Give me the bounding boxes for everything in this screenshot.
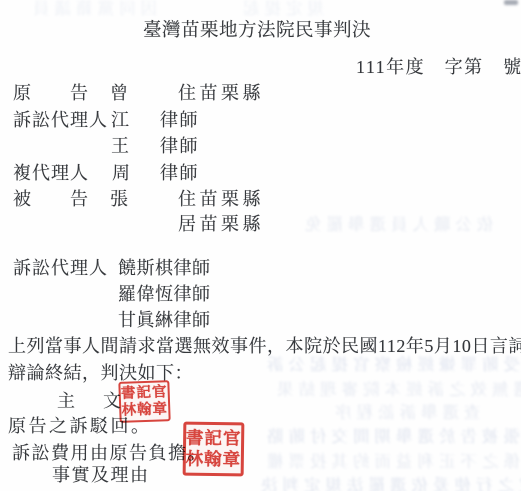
party-name: 王 — [111, 136, 130, 156]
seal-title: 書記官 — [121, 385, 168, 401]
scanned-judgment-page: 因同黨籍議員 規定提起 依公職人員選舉罷免 投票受賄罪嫌經檢察官提起公訴 當選無… — [0, 0, 521, 491]
party-name: 饒斯棋律師 — [118, 258, 211, 278]
party-note: 律師 — [160, 136, 199, 156]
party-label: 被 告 — [13, 189, 89, 209]
party-name: 曾 — [110, 83, 129, 103]
party-note: 住苗栗縣 — [178, 189, 264, 209]
seal-name: 林翰章 — [185, 450, 241, 468]
court-title: 臺灣苗栗地方法院民事判決 — [143, 21, 371, 41]
party-name: 羅偉恆律師 — [118, 284, 211, 304]
seal-title: 書記官 — [186, 430, 242, 448]
party-note: 律師 — [160, 110, 199, 130]
clerk-seal: 書記官 林翰章 — [118, 380, 170, 423]
main-text-heading: 主 文 — [57, 391, 126, 411]
party-label: 訴訟代理人 — [13, 258, 108, 278]
seal-name: 林翰章 — [121, 402, 168, 418]
bleedthrough-artifact: 查選舉訴訟程序 — [330, 405, 481, 422]
party-name: 甘眞綝律師 — [118, 310, 211, 330]
party-label: 原 告 — [13, 83, 89, 103]
bleedthrough-artifact: 依公職人員選舉罷免 — [300, 217, 494, 234]
bleedthrough-artifact: 規定提起 — [238, 1, 324, 18]
facts-heading: 事實及理由 — [52, 465, 150, 485]
clerk-seal: 書記官 林翰章 — [183, 422, 245, 477]
party-label: 訴訟代理人 — [13, 110, 108, 130]
party-name: 張 — [110, 189, 129, 209]
bleedthrough-artifact: 當選無效之訴經本院審理結果 — [272, 382, 521, 399]
case-number-line: 111年度 字第 號 — [356, 57, 521, 77]
bleedthrough-artifact: 原告主張被告於選舉期間交付賄賂 — [262, 429, 521, 446]
bleedthrough-artifact: 為一定之行使爰依選罷法規定判決 — [256, 478, 521, 491]
party-name: 周 — [112, 163, 131, 183]
party-note: 居苗栗縣 — [178, 214, 264, 234]
bleedthrough-artifact: 有對價關係之不正利益而約其投票權 — [262, 454, 521, 471]
party-note: 住苗栗縣 — [178, 83, 264, 103]
preamble-line-1: 上列當事人間請求當選無效事件，本院於民國112年5月10日言詞 — [8, 336, 521, 356]
party-label: 複代理人 — [13, 163, 89, 183]
scan-smudge — [504, 0, 518, 5]
party-note: 律師 — [160, 163, 199, 183]
bleedthrough-artifact: 投票受賄罪嫌經檢察官提起公訴 — [262, 357, 521, 374]
bleedthrough-artifact: 因同黨籍議員 — [28, 1, 157, 18]
party-name: 江 — [111, 110, 130, 130]
judgment-line-2: 訴訟費用由原告負擔。 — [12, 443, 207, 463]
